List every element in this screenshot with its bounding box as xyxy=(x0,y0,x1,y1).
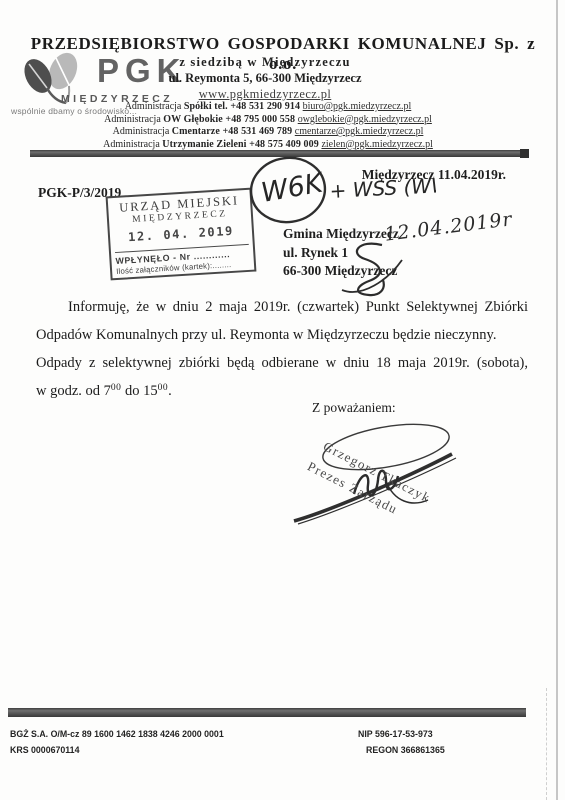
admin-line-cmentarze: Administracja Cmentarze +48 531 469 789 … xyxy=(40,126,496,139)
admin-phone: Cmentarze +48 531 469 789 xyxy=(172,126,295,137)
admin-phone: Spółki tel. +48 531 290 914 xyxy=(184,101,303,112)
codes-suffix: + WSS (WWW) xyxy=(329,171,436,203)
seat-line: z siedzibą w Międzyrzeczu xyxy=(120,55,410,70)
admin-prefix: Administracja xyxy=(125,101,184,112)
admin-line-glebokie: Administracja OW Głębokie +48 795 000 55… xyxy=(40,114,496,127)
nip-number: NIP 596-17-53-973 xyxy=(358,727,445,743)
stamp-date: 12. 04. 2019 xyxy=(114,223,249,245)
letter-body: Informuję, że w dniu 2 maja 2019r. (czwa… xyxy=(36,293,528,407)
hours-text: w godz. od 7 xyxy=(36,383,111,399)
registry-date-stamp: URZĄD MIEJSKI MIĘDZYRZECZ 12. 04. 2019 W… xyxy=(106,188,257,281)
letterhead-address-block: z siedzibą w Międzyrzeczu ul. Reymonta 5… xyxy=(120,55,410,102)
scan-edge-dots-artifact xyxy=(546,688,548,800)
admin-phone: OW Głębokie +48 795 000 558 xyxy=(163,114,297,125)
admin-prefix: Administracja xyxy=(103,139,162,150)
email-link[interactable]: owglebokie@pgk.miedzyrzecz.pl xyxy=(298,114,432,125)
scan-edge-artifact xyxy=(556,0,558,800)
hours-text: do 15 xyxy=(121,383,157,399)
admin-prefix: Administracja xyxy=(104,114,163,125)
scanned-letter-page: PRZEDSIĘBIORSTWO GOSPODARKI KOMUNALNEJ S… xyxy=(0,0,565,800)
administration-contacts: Administracja Spółki tel. +48 531 290 91… xyxy=(40,101,496,151)
circled-code: W6K xyxy=(259,167,327,209)
bank-account-line: BGŻ S.A. O/M-cz 89 1600 1462 1838 4246 2… xyxy=(10,727,224,743)
hours-superscript: 00 xyxy=(158,383,169,393)
footer-registry-block: NIP 596-17-53-973 REGON 366861365 xyxy=(358,727,445,758)
footer-bank-block: BGŻ S.A. O/M-cz 89 1600 1462 1838 4246 2… xyxy=(10,727,224,758)
body-line-2: Odpadów Komunalnych przy ul. Reymonta w … xyxy=(36,321,528,349)
street-address: ul. Reymonta 5, 66-300 Międzyrzecz xyxy=(120,71,410,86)
admin-line-spolki: Administracja Spółki tel. +48 531 290 91… xyxy=(40,101,496,114)
hours-superscript: 00 xyxy=(111,383,122,393)
email-link[interactable]: biuro@pgk.miedzyrzecz.pl xyxy=(303,101,412,112)
body-line-1: Informuję, że w dniu 2 maja 2019r. (czwa… xyxy=(36,293,528,321)
website-link[interactable]: www.pgkmiedzyrzecz.pl xyxy=(120,87,410,102)
body-line-3: Odpady z selektywnej zbiórki będą odbier… xyxy=(36,349,528,377)
hours-text: . xyxy=(168,383,172,399)
body-line-4: w godz. od 700 do 1500. xyxy=(36,377,528,407)
regon-number: REGON 366861365 xyxy=(366,743,445,759)
email-link[interactable]: cmentarze@pgk.miedzyrzecz.pl xyxy=(295,126,424,137)
admin-prefix: Administracja xyxy=(113,126,172,137)
krs-number: KRS 0000670114 xyxy=(10,743,224,759)
footer-divider-rule xyxy=(8,708,526,717)
